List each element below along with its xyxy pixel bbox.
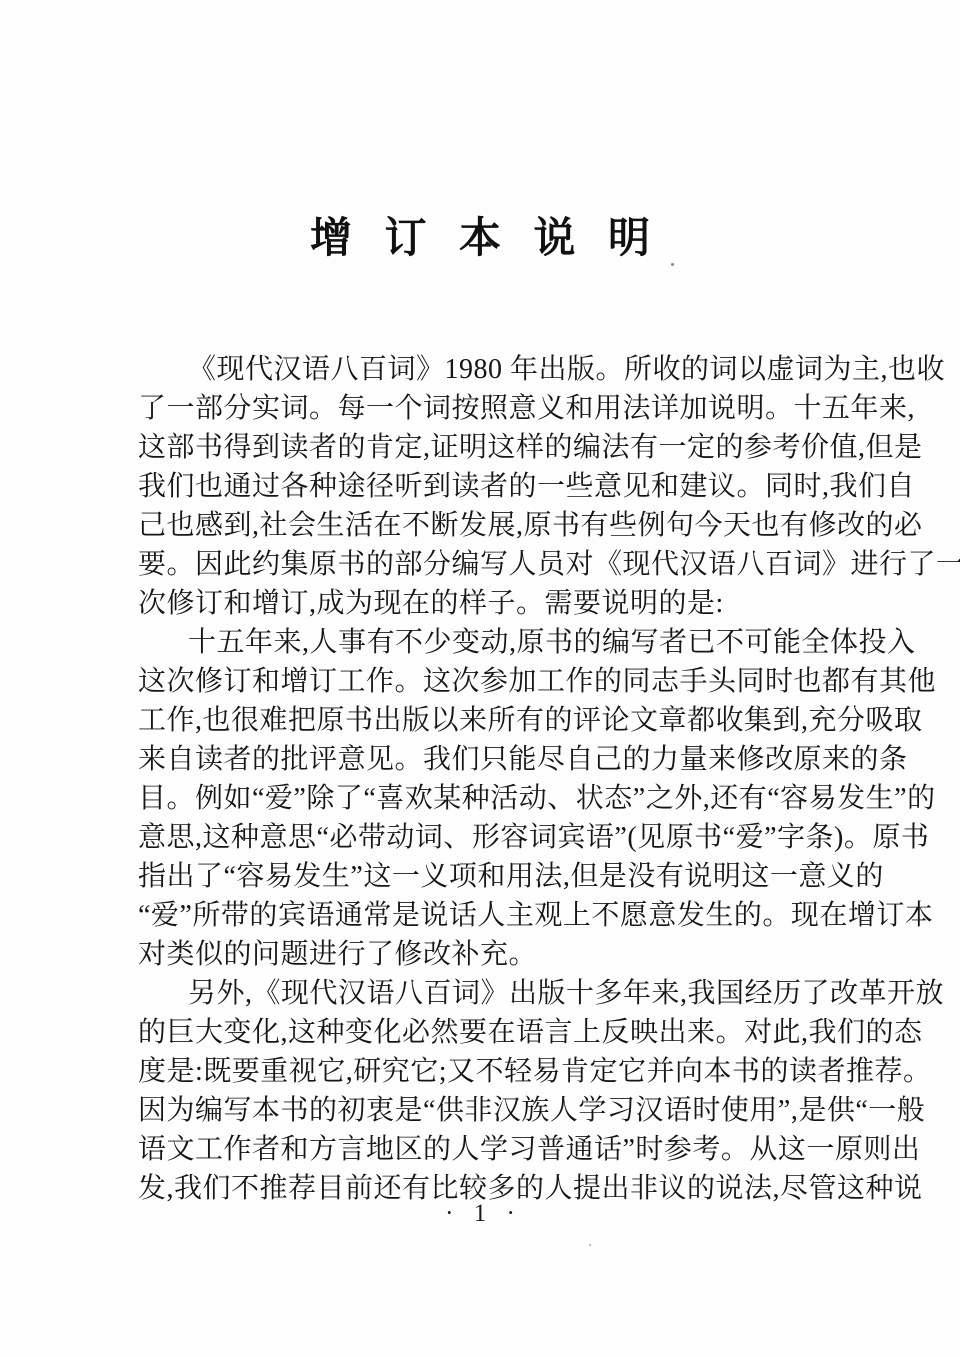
- text-line: 语文工作者和方言地区的人学习普通话”时参考。从这一原则出: [138, 1130, 832, 1169]
- page-title: 增 订 本 说 明: [0, 205, 960, 265]
- text-line: 对类似的问题进行了修改补充。: [138, 935, 832, 974]
- text-line: 我们也通过各种途径听到读者的一些意见和建议。同时,我们自: [138, 467, 832, 506]
- scan-speck: [671, 263, 674, 266]
- text-line: 指出了“容易发生”这一义项和用法,但是没有说明这一意义的: [138, 857, 832, 896]
- text-line: 己也感到,社会生活在不断发展,原书有些例句今天也有修改的必: [138, 506, 832, 545]
- text-line: 这次修订和增订工作。这次参加工作的同志手头同时也都有其他: [138, 662, 832, 701]
- text-line: 这部书得到读者的肯定,证明这样的编法有一定的参考价值,但是: [138, 428, 832, 467]
- text-line: 十五年来,人事有不少变动,原书的编写者已不可能全体投入: [138, 623, 832, 662]
- body-text: 《现代汉语八百词》1980 年出版。所收的词以虚词为主,也收了一部分实词。每一个…: [138, 350, 832, 1208]
- text-line: 要。因此约集原书的部分编写人员对《现代汉语八百词》进行了一: [138, 545, 832, 584]
- text-line: 另外,《现代汉语八百词》出版十多年来,我国经历了改革开放: [138, 974, 832, 1013]
- text-line: 工作,也很难把原书出版以来所有的评论文章都收集到,充分吸取: [138, 701, 832, 740]
- text-line: 度是:既要重视它,研究它;又不轻易肯定它并向本书的读者推荐。: [138, 1052, 832, 1091]
- text-line: 了一部分实词。每一个词按照意义和用法详加说明。十五年来,: [138, 389, 832, 428]
- scanned-book-page: 增 订 本 说 明 《现代汉语八百词》1980 年出版。所收的词以虚词为主,也收…: [0, 0, 960, 1357]
- text-line: “爱”所带的宾语通常是说话人主观上不愿意发生的。现在增订本: [138, 896, 832, 935]
- text-line: 《现代汉语八百词》1980 年出版。所收的词以虚词为主,也收: [138, 350, 832, 389]
- text-line: 因为编写本书的初衷是“供非汉族人学习汉语时使用”,是供“一般: [138, 1091, 832, 1130]
- text-line: 的巨大变化,这种变化必然要在语言上反映出来。对此,我们的态: [138, 1013, 832, 1052]
- page-number: · 1 ·: [0, 1200, 960, 1228]
- text-line: 目。例如“爱”除了“喜欢某种活动、状态”之外,还有“容易发生”的: [138, 779, 832, 818]
- text-line: 来自读者的批评意见。我们只能尽自己的力量来修改原来的条: [138, 740, 832, 779]
- text-line: 次修订和增订,成为现在的样子。需要说明的是:: [138, 584, 832, 623]
- scan-speck: [589, 1244, 591, 1246]
- text-line: 意思,这种意思“必带动词、形容词宾语”(见原书“爱”字条)。原书: [138, 818, 832, 857]
